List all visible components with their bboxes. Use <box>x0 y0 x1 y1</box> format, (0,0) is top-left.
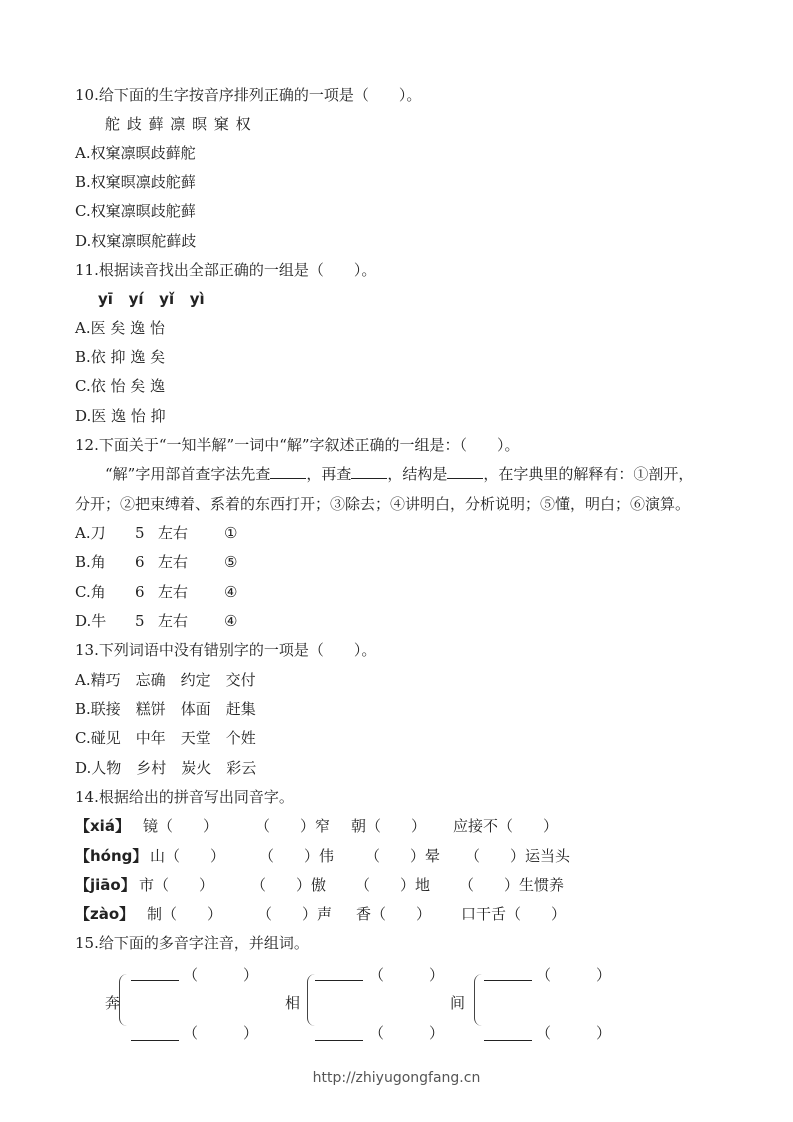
q12-body-line2: 分开；②把束缚着、系着的东西打开；③除去；④讲明白，分析说明；⑤懂，明白；⑥演算… <box>75 494 690 514</box>
answer-line-bottom[interactable] <box>131 1040 179 1041</box>
answer-line-top[interactable] <box>315 980 363 981</box>
q14-cell[interactable]: 山（ ） <box>150 846 225 866</box>
q14-cell[interactable]: 朝（ ） <box>351 816 426 836</box>
pinyin-paren-bottom[interactable]: （ ） <box>536 1022 611 1043</box>
q14-cell[interactable]: 口干舌（ ） <box>461 904 566 924</box>
q13-stem: 13.下列词语中没有错别字的一项是（ ）。 <box>75 640 376 660</box>
q12-option-a: A.刀5左右① <box>75 523 237 543</box>
q14-cell[interactable]: 镜（ ） <box>143 816 218 836</box>
pinyin-paren-bottom[interactable]: （ ） <box>369 1022 444 1043</box>
pinyin-paren-bottom[interactable]: （ ） <box>183 1022 258 1043</box>
q14-stem: 14.根据给出的拼音写出同音字。 <box>75 787 294 807</box>
pinyin-tag: 【zào】 <box>75 904 134 924</box>
q14-cell[interactable]: （ ）傲 <box>251 875 326 895</box>
q13-option-a: A.精巧 忘确 约定 交付 <box>75 670 256 690</box>
pinyin-tag: 【hóng】 <box>75 846 147 866</box>
q12-body-part: “解”字用部首查字法先查 <box>105 465 270 483</box>
answer-line-top[interactable] <box>484 980 532 981</box>
q12-body-line1: “解”字用部首查字法先查，再查，结构是，在字典里的解释有：①剖开， <box>105 464 693 484</box>
brace-icon <box>307 974 318 1026</box>
q14-cell[interactable]: 香（ ） <box>356 904 431 924</box>
q14-cell[interactable]: （ ）晕 <box>365 846 440 866</box>
q12-body-part: ，在字典里的解释有：①剖开， <box>483 465 693 483</box>
pinyin-tag: 【xiá】 <box>75 816 130 836</box>
q12-option-d: D.牛5左右④ <box>75 611 237 631</box>
q12-body-part: ，再查 <box>306 465 351 483</box>
q10-chars: 舵 歧 藓 凛 暝 窠 权 <box>105 114 252 134</box>
q15-stem: 15.给下面的多音字注音，并组词。 <box>75 933 309 953</box>
q14-cell[interactable]: （ ）窄 <box>255 816 330 836</box>
brace-icon <box>119 974 130 1026</box>
q14-cell[interactable]: （ ）生惯养 <box>459 875 564 895</box>
q10-option-b: B.权窠暝凛歧舵藓 <box>75 172 196 192</box>
q13-option-c: C.碰见 中年 天堂 个姓 <box>75 728 256 748</box>
q14-cell[interactable]: （ ）地 <box>355 875 430 895</box>
brace-icon <box>474 974 485 1026</box>
pinyin-paren-top[interactable]: （ ） <box>369 964 444 985</box>
q14-cell[interactable]: 市（ ） <box>139 875 214 895</box>
q11-option-c: C.依 怡 矣 逸 <box>75 376 165 396</box>
fill-blank[interactable] <box>270 464 306 479</box>
polyphone-char: 相 <box>285 992 300 1013</box>
q10-option-a: A.权窠凛暝歧藓舵 <box>75 143 196 163</box>
q11-option-a: A.医 矣 逸 怡 <box>75 318 165 338</box>
answer-line-bottom[interactable] <box>315 1040 363 1041</box>
q14-cell[interactable]: 应接不（ ） <box>453 816 558 836</box>
q11-option-d: D.医 逸 怡 抑 <box>75 406 166 426</box>
q11-option-b: B.依 抑 逸 矣 <box>75 347 165 367</box>
q11-stem: 11.根据读音找出全部正确的一组是（ ）。 <box>75 260 376 280</box>
q10-option-c: C.权窠凛暝歧舵藓 <box>75 201 196 221</box>
q12-option-c: C.角6左右④ <box>75 582 237 602</box>
q10-option-d: D.权窠凛暝舵藓歧 <box>75 231 196 251</box>
pinyin-tag: 【jiāo】 <box>75 875 136 895</box>
footer-url[interactable]: http://zhiyugongfang.cn <box>0 1070 793 1086</box>
q14-cell[interactable]: （ ）伟 <box>259 846 334 866</box>
q12-stem: 12.下面关于“一知半解”一词中“解”字叙述正确的一组是：（ ）。 <box>75 435 520 455</box>
answer-line-bottom[interactable] <box>484 1040 532 1041</box>
answer-line-top[interactable] <box>131 980 179 981</box>
q11-pinyin: yī yí yǐ yì <box>98 289 205 309</box>
q14-cell[interactable]: 制（ ） <box>147 904 222 924</box>
fill-blank[interactable] <box>351 464 387 479</box>
q14-cell[interactable]: （ ）声 <box>257 904 332 924</box>
q10-stem: 10.给下面的生字按音序排列正确的一项是（ ）。 <box>75 85 421 105</box>
q12-body-part: ，结构是 <box>387 465 447 483</box>
polyphone-char: 间 <box>450 992 465 1013</box>
pinyin-paren-top[interactable]: （ ） <box>536 964 611 985</box>
pinyin-paren-top[interactable]: （ ） <box>183 964 258 985</box>
q14-cell[interactable]: （ ）运当头 <box>465 846 570 866</box>
q13-option-b: B.联接 糕饼 体面 赶集 <box>75 699 256 719</box>
q12-option-b: B.角6左右⑤ <box>75 552 237 572</box>
q13-option-d: D.人物 乡村 炭火 彩云 <box>75 758 256 778</box>
fill-blank[interactable] <box>447 464 483 479</box>
polyphone-char: 奔 <box>105 992 120 1013</box>
